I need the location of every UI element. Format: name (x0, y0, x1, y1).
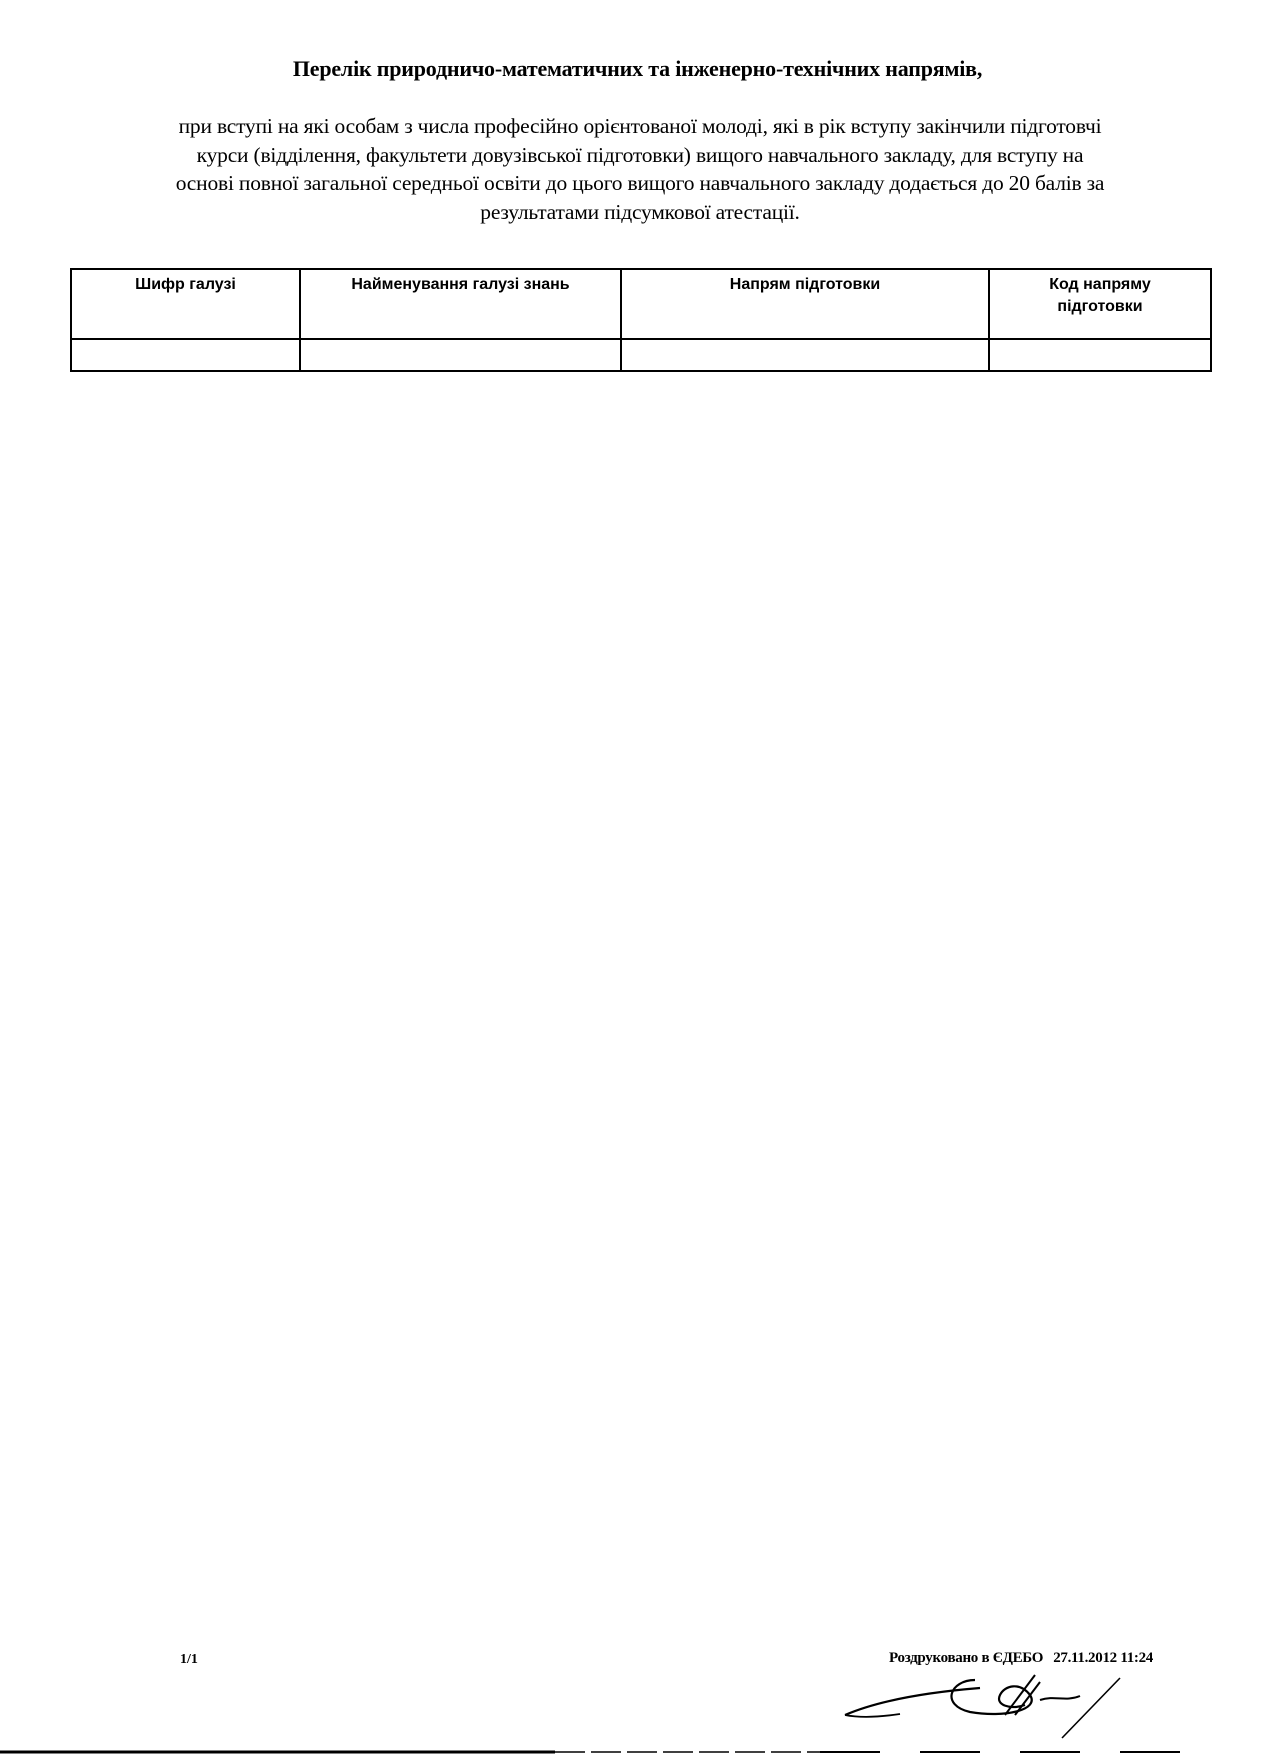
header-direction-code: Код напряму підготовки (989, 269, 1211, 339)
printed-date: 27.11.2012 (1053, 1650, 1117, 1666)
table-cell (300, 339, 621, 371)
printed-note: Роздруковано в ЄДЕБО27.11.2012 11:24 (889, 1650, 1153, 1667)
header-direction: Напрям підготовки (621, 269, 989, 339)
table-cell (989, 339, 1211, 371)
document-title: Перелік природничо-математичних та інжен… (0, 55, 1275, 83)
signature-icon (840, 1670, 1160, 1740)
table-row (71, 339, 1211, 371)
intro-line: при вступі на які особам з числа професі… (70, 112, 1210, 141)
table-header-row: Шифр галузі Найменування галузі знань На… (71, 269, 1211, 339)
printed-time: 11:24 (1120, 1650, 1153, 1666)
header-field-name: Найменування галузі знань (300, 269, 621, 339)
table-cell (621, 339, 989, 371)
page-number: 1/1 (180, 1652, 198, 1668)
directions-table: Шифр галузі Найменування галузі знань На… (70, 268, 1212, 372)
bottom-rule (0, 1750, 1275, 1755)
intro-line: основі повної загальної середньої освіти… (70, 169, 1210, 198)
header-field-code: Шифр галузі (71, 269, 300, 339)
printed-label: Роздруковано в ЄДЕБО (889, 1650, 1043, 1666)
intro-line: результатами підсумкової атестації. (70, 198, 1210, 227)
table-cell (71, 339, 300, 371)
document-intro: при вступі на які особам з числа професі… (70, 112, 1210, 226)
intro-line: курси (відділення, факультети довузівськ… (70, 141, 1210, 170)
